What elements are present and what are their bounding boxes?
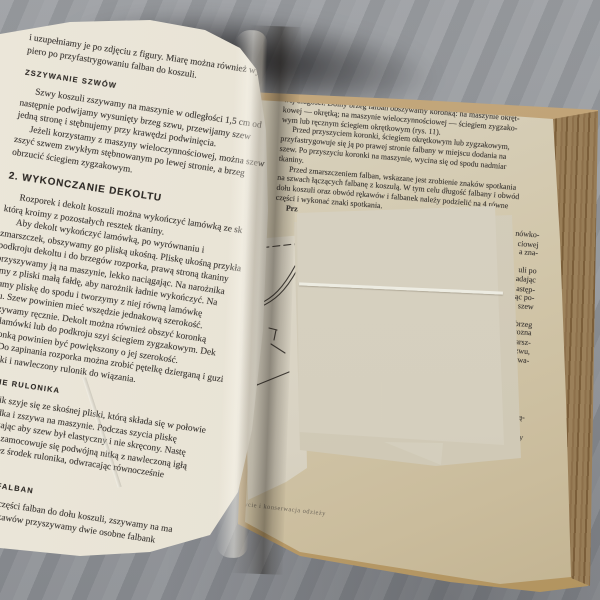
- photo-open-book: wej długości. Dolny brzeg falban obszywa…: [0, 0, 600, 600]
